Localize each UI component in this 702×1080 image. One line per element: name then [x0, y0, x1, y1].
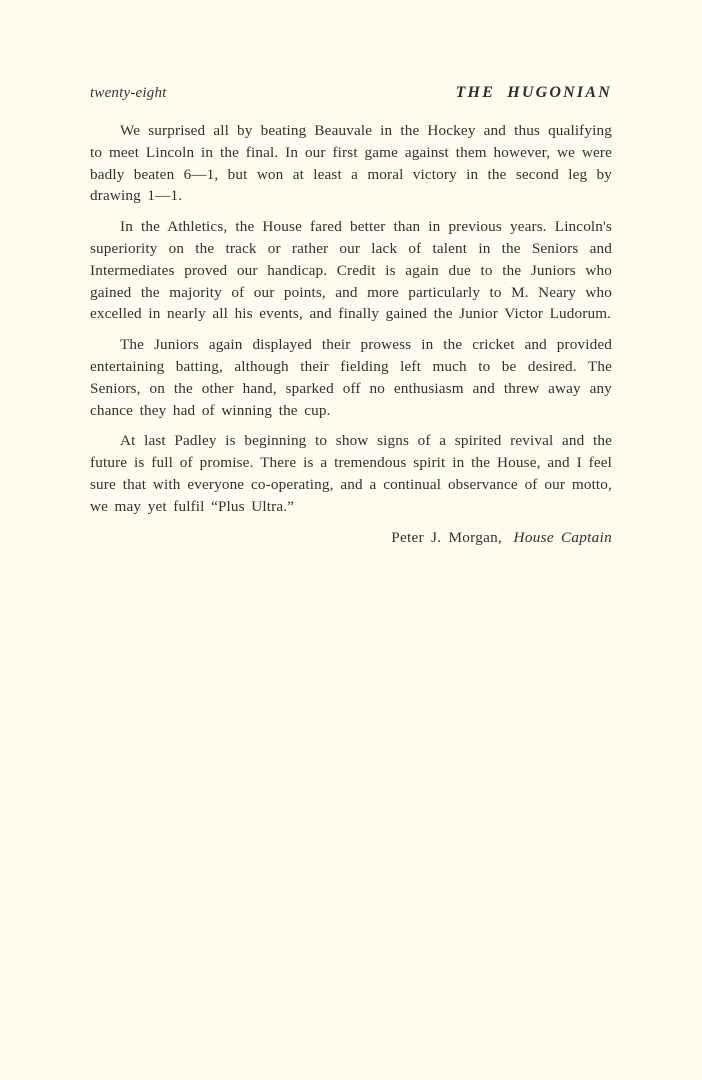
- signature-spacer: [506, 529, 510, 546]
- signature-role: House Captain: [514, 529, 612, 546]
- signature-name: Peter J. Morgan,: [391, 529, 502, 546]
- page-header: twenty-eight THE HUGONIAN: [90, 84, 612, 102]
- paragraph-cricket: The Juniors again displayed their prowes…: [90, 334, 612, 421]
- paragraph-athletics: In the Athletics, the House fared better…: [90, 216, 612, 325]
- body-text: We surprised all by beating Beauvale in …: [90, 120, 612, 518]
- signature-line: Peter J. Morgan, House Captain: [90, 527, 612, 549]
- magazine-title: THE HUGONIAN: [456, 84, 612, 102]
- scanned-document-page: twenty-eight THE HUGONIAN We surprised a…: [0, 0, 702, 1080]
- paragraph-revival: At last Padley is beginning to show sign…: [90, 430, 612, 517]
- paragraph-hockey: We surprised all by beating Beauvale in …: [90, 120, 612, 207]
- page-number: twenty-eight: [90, 85, 167, 102]
